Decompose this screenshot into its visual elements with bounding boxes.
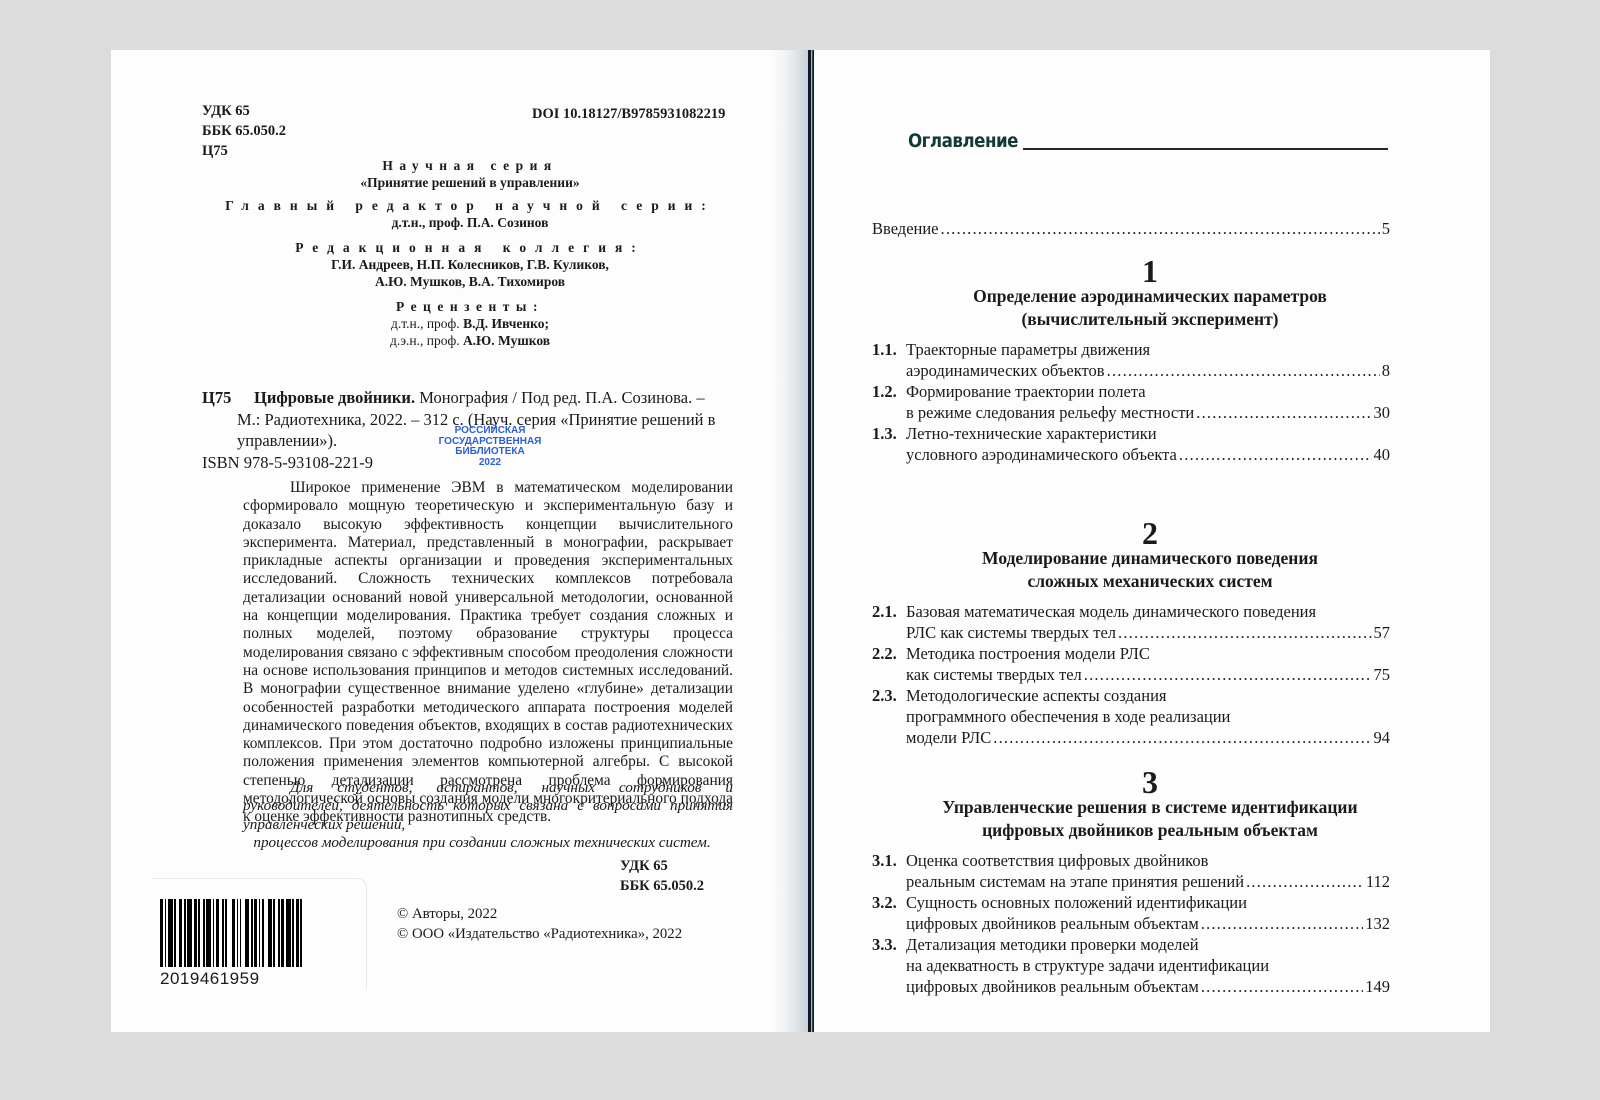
page-number: 94	[1374, 727, 1391, 748]
chapter-title[interactable]: (вычислительный эксперимент)	[810, 308, 1490, 330]
leader-dots	[1201, 913, 1363, 934]
classification-codes-bottom: УДК 65 ББК 65.050.2	[620, 856, 704, 896]
abstract-text: Широкое применение ЭВМ в математическом …	[243, 479, 733, 827]
doi: DOI 10.18127/B9785931082219	[532, 106, 725, 123]
chief-editor: д.т.н., проф. П.А. Созинов	[200, 214, 740, 231]
page-number: 75	[1374, 664, 1391, 685]
section-title: Формирование траектории полета	[906, 382, 1146, 401]
section-number: 1.1.	[872, 339, 906, 360]
toc-section-line[interactable]: 3.2.Сущность основных положений идентифи…	[872, 892, 1247, 913]
toc-section-line[interactable]: 3.3.Детализация методики проверки моделе…	[872, 934, 1199, 955]
leader-dots	[1179, 444, 1372, 465]
section-title: Сущность основных положений идентификаци…	[906, 893, 1247, 912]
library-stamp: РОССИЙСКАЯ ГОСУДАРСТВЕННАЯ БИБЛИОТЕКА 20…	[425, 426, 555, 468]
section-number: 3.1.	[872, 850, 906, 871]
section-title: Оценка соответствия цифровых двойников	[906, 851, 1208, 870]
target-audience: Для студентов, аспирантов, научных сотру…	[243, 779, 733, 852]
section-number: 3.3.	[872, 934, 906, 955]
toc-section-line[interactable]: 1.1.Траекторные параметры движения	[872, 339, 1150, 360]
leader-dots	[1118, 622, 1371, 643]
section-title: Базовая математическая модель динамическ…	[906, 602, 1316, 621]
page-number: 40	[1374, 444, 1391, 465]
series-name: «Принятие решений в управлении»	[200, 174, 740, 191]
chapter-title[interactable]: Определение аэродинамических параметров	[810, 285, 1490, 307]
chapter-title[interactable]: Моделирование динамического поведения	[810, 547, 1490, 569]
leader-dots	[1201, 976, 1363, 997]
leader-dots	[1196, 402, 1371, 423]
section-title: РЛС как системы твердых тел	[906, 622, 1116, 643]
editorial-board-line-1: Г.И. Андреев, Н.П. Колесников, Г.В. Кули…	[200, 256, 740, 273]
chief-editor-label: Главный редактор научной серии:	[200, 197, 740, 214]
section-title: условного аэродинамического объекта	[906, 444, 1177, 465]
toc-title: Оглавление	[908, 130, 1018, 152]
leader-dots	[941, 218, 1380, 239]
leader-dots	[993, 727, 1371, 748]
section-title: Методологические аспекты создания	[906, 686, 1167, 705]
chapter-title[interactable]: сложных механических систем	[810, 570, 1490, 592]
reviewer-1: д.т.н., проф. В.Д. Ивченко;	[200, 315, 740, 332]
section-title: как системы твердых тел	[906, 664, 1082, 685]
section-title: цифровых двойников реальным объектам	[906, 976, 1199, 997]
classification-codes-top: УДК 65 ББК 65.050.2 Ц75	[202, 101, 286, 161]
toc-entry-line[interactable]: реальным системам на этапе принятия реше…	[872, 871, 1390, 892]
editorial-board-line-2: А.Ю. Мушков, В.А. Тихомиров	[200, 273, 740, 290]
toc-section-line[interactable]: 3.1.Оценка соответствия цифровых двойник…	[872, 850, 1208, 871]
toc-intro-title: Введение	[872, 218, 939, 239]
section-number: 2.3.	[872, 685, 906, 706]
udk-code: УДК 65	[202, 101, 286, 121]
toc-entry-line[interactable]: условного аэродинамического объекта40	[872, 444, 1390, 465]
toc-section-line[interactable]: на адекватность в структуре задачи идент…	[872, 955, 1269, 976]
leader-dots	[1246, 871, 1364, 892]
isbn: ISBN 978-5-93108-221-9	[202, 453, 373, 473]
leader-dots	[1107, 360, 1380, 381]
section-title: модели РЛС	[906, 727, 991, 748]
toc-heading: Оглавление	[908, 130, 1388, 152]
page-number: 8	[1382, 360, 1390, 381]
bbk-code: ББК 65.050.2	[202, 121, 286, 141]
section-number: 1.3.	[872, 423, 906, 444]
chapter-number: 2	[810, 516, 1490, 550]
editorial-board-block: Редакционная коллегия: Г.И. Андреев, Н.П…	[200, 239, 740, 290]
section-title: Детализация методики проверки моделей	[906, 935, 1199, 954]
abstract: Широкое применение ЭВМ в математическом …	[243, 479, 733, 827]
chapter-number: 3	[810, 765, 1490, 799]
section-title: аэродинамических объектов	[906, 360, 1105, 381]
reviewers-block: Рецензенты: д.т.н., проф. В.Д. Ивченко; …	[200, 298, 740, 349]
reviewer-2: д.э.н., проф. А.Ю. Мушков	[200, 332, 740, 349]
series-block: Научная серия «Принятие решений в управл…	[200, 157, 740, 191]
toc-section-line[interactable]: 1.2.Формирование траектории полета	[872, 381, 1146, 402]
toc-entry-line[interactable]: Введение5	[872, 218, 1390, 239]
toc-section-line[interactable]: программного обеспечения в ходе реализац…	[872, 706, 1230, 727]
page-number: 132	[1365, 913, 1390, 934]
page-number: 149	[1365, 976, 1390, 997]
page-number: 57	[1374, 622, 1391, 643]
section-title: цифровых двойников реальным объектам	[906, 913, 1199, 934]
toc-entry-line[interactable]: аэродинамических объектов8	[872, 360, 1390, 381]
leader-dots	[1084, 664, 1372, 685]
toc-heading-rule	[1023, 148, 1388, 150]
page-number: 30	[1374, 402, 1391, 423]
section-number: 2.2.	[872, 643, 906, 664]
section-title: в режиме следования рельефу местности	[906, 402, 1194, 423]
section-number: 2.1.	[872, 601, 906, 622]
page-number: 112	[1366, 871, 1390, 892]
editorial-board-label: Редакционная коллегия:	[200, 239, 740, 256]
barcode-icon	[160, 899, 355, 967]
section-number: 3.2.	[872, 892, 906, 913]
toc-entry-line[interactable]: модели РЛС94	[872, 727, 1390, 748]
toc-section-line[interactable]: 2.1.Базовая математическая модель динами…	[872, 601, 1316, 622]
section-title: программного обеспечения в ходе реализац…	[906, 707, 1230, 726]
chapter-title[interactable]: Управленческие решения в системе идентиф…	[810, 796, 1490, 818]
section-title: на адекватность в структуре задачи идент…	[906, 956, 1269, 975]
reviewers-label: Рецензенты:	[200, 298, 740, 315]
toc-entry-line[interactable]: как системы твердых тел 75	[872, 664, 1390, 685]
chapter-title[interactable]: цифровых двойников реальным объектам	[810, 819, 1490, 841]
section-title: реальным системам на этапе принятия реше…	[906, 871, 1244, 892]
section-number: 1.2.	[872, 381, 906, 402]
section-title: Траекторные параметры движения	[906, 340, 1150, 359]
page-number: 5	[1382, 218, 1390, 239]
biblio-code: Ц75	[202, 387, 254, 409]
toc-section-line[interactable]: 2.3.Методологические аспекты создания	[872, 685, 1167, 706]
section-title: Методика построения модели РЛС	[906, 644, 1150, 663]
toc-entry-line[interactable]: РЛС как системы твердых тел57	[872, 622, 1390, 643]
toc-entry-line[interactable]: в режиме следования рельефу местности 30	[872, 402, 1390, 423]
barcode-number: 2019461959	[160, 969, 355, 989]
toc-entry-line[interactable]: цифровых двойников реальным объектам132	[872, 913, 1390, 934]
copyright: © Авторы, 2022 © ООО «Издательство «Ради…	[397, 904, 682, 944]
barcode-sticker: 2019461959	[152, 878, 367, 989]
toc-section-line[interactable]: 1.3.Летно-технические характеристики	[872, 423, 1157, 444]
toc-section-line[interactable]: 2.2.Методика построения модели РЛС	[872, 643, 1150, 664]
chief-editor-block: Главный редактор научной серии: д.т.н., …	[200, 197, 740, 231]
copyright-authors: © Авторы, 2022	[397, 904, 682, 924]
copyright-publisher: © ООО «Издательство «Радиотехника», 2022	[397, 924, 682, 944]
section-title: Летно-технические характеристики	[906, 424, 1157, 443]
chapter-number: 1	[810, 254, 1490, 288]
toc-entry-line[interactable]: цифровых двойников реальным объектам149	[872, 976, 1390, 997]
series-label: Научная серия	[200, 157, 740, 174]
book-title: Цифровые двойники.	[254, 388, 415, 407]
